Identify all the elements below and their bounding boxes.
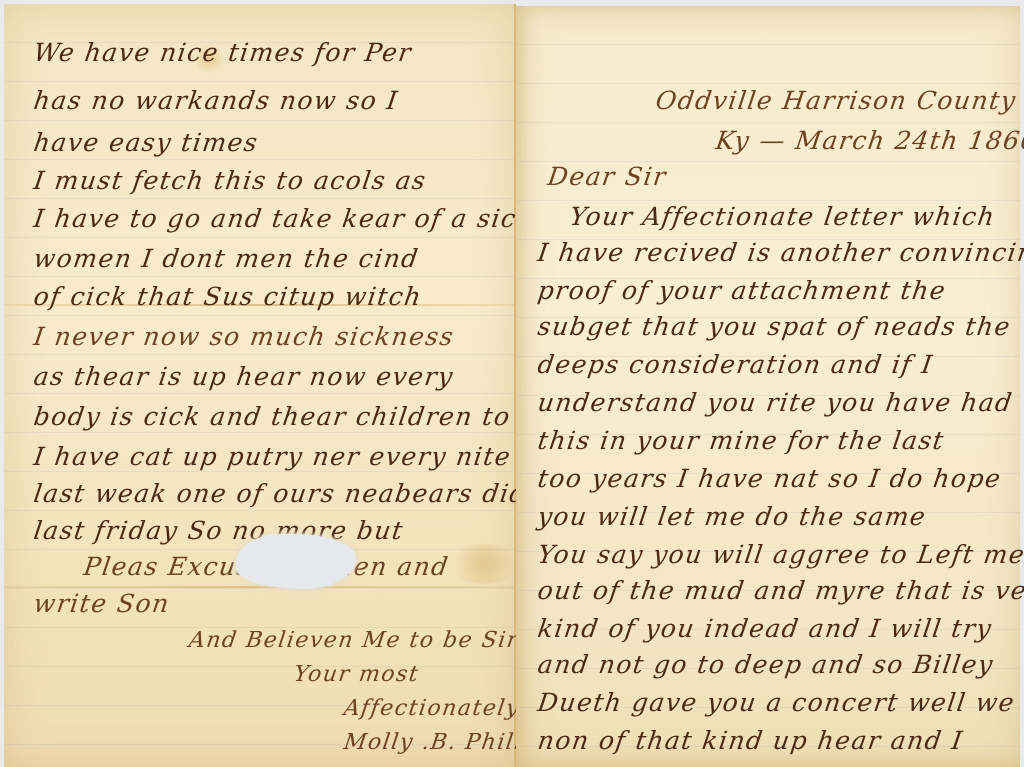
letter-line: Your Affectionate letter which: [568, 202, 997, 231]
letter-page-right: Oddville Harrison County Ky — March 24th…: [516, 6, 1020, 767]
paper-hole: [236, 534, 356, 589]
letter-line: subget that you spat of neads the: [536, 312, 1013, 341]
letter-line: I have to go and take kear of a sick: [32, 204, 535, 233]
closing-line: Affectionately: [342, 696, 521, 721]
letter-line: I have cat up putry ner every nite: [32, 442, 513, 471]
letter-line: I never now so much sickness: [32, 322, 456, 351]
water-stain: [444, 544, 524, 584]
letter-line: I must fetch this to acols as: [32, 166, 429, 195]
closing-line: And Believen Me to be Sir: [187, 628, 520, 653]
letter-line: proof of your attachment the: [536, 276, 948, 305]
letter-line: this in your mine for the last: [536, 426, 947, 455]
letter-line: have easy times: [32, 128, 260, 157]
letter-page-left: We have nice times for Per has no warkan…: [4, 4, 516, 767]
letter-line: kind of you indead and I will try: [536, 614, 994, 643]
letter-line: understand you rite you have had: [536, 388, 1015, 417]
fold-crease: [4, 586, 514, 588]
letter-line: deeps consideration and if I: [536, 350, 935, 379]
letter-line: you will let me do the same: [536, 502, 928, 531]
letter-line: too years I have nat so I do hope: [536, 464, 1004, 493]
letter-line: write Son: [32, 589, 172, 618]
letter-date: Ky — March 24th 1866: [714, 126, 1024, 155]
letter-line: and not go to deep and so Billey: [536, 650, 996, 679]
letter-line: last friday So no more but: [32, 516, 406, 545]
salutation: Dear Sir: [546, 162, 669, 191]
letter-line: women I dont men the cind: [32, 244, 421, 273]
letter-line: non of that kind up hear and I: [536, 726, 965, 755]
letter-line: Dueth gave you a concert well we have: [536, 688, 1024, 717]
letter-line: body is cick and thear children to: [32, 402, 513, 431]
letter-line: last weak one of ours neabears dide: [32, 479, 546, 508]
letter-line: of cick that Sus citup witch: [32, 282, 424, 311]
letter-line: We have nice times for Per: [32, 38, 414, 67]
closing-line: Your most: [292, 662, 421, 687]
letter-line: as thear is up hear now every: [32, 362, 456, 391]
letter-line: You say you will aggree to Left me: [536, 540, 1024, 569]
letter-line: I have recived is another convincing: [536, 238, 1024, 267]
letter-line: out of the mud and myre that is very: [536, 576, 1024, 605]
letter-place: Oddville Harrison County: [654, 86, 1019, 115]
letter-line: has no warkands now so I: [32, 86, 400, 115]
